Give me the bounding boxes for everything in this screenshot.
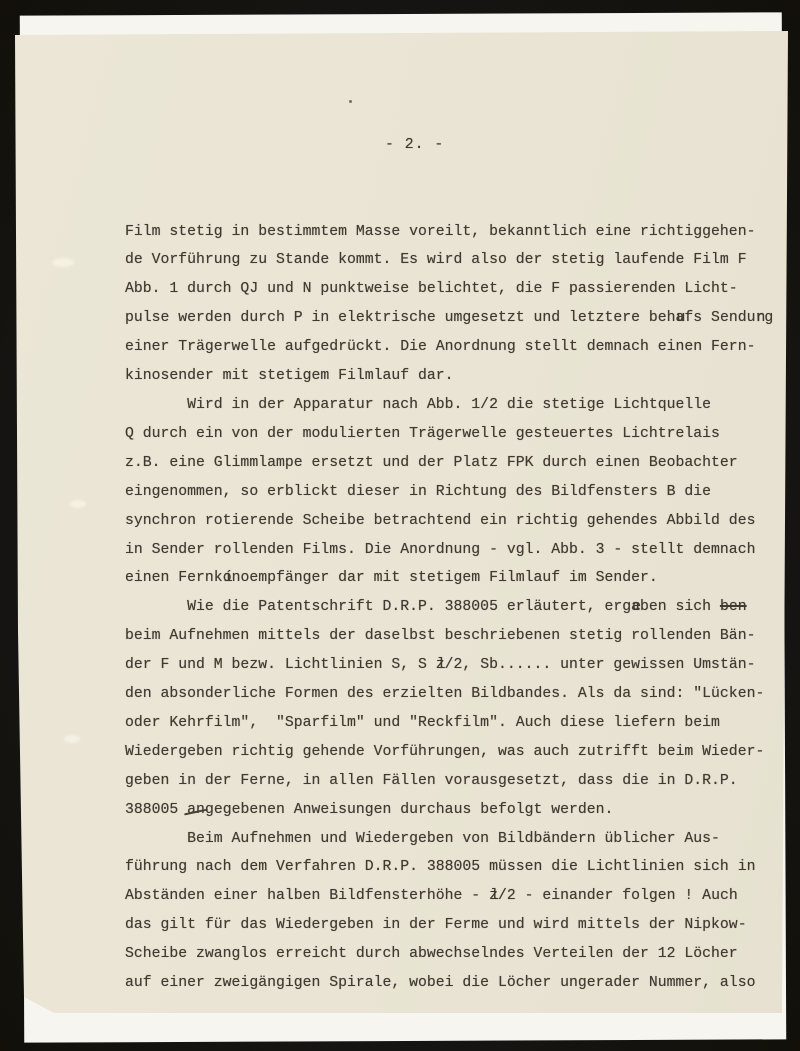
paragraph: Beim Aufnehmen und Wiedergeben von Bildb… — [125, 825, 800, 998]
paper-blemish — [52, 258, 74, 267]
document-page: - 2. - Film stetig in bestimmtem Masse v… — [12, 31, 788, 1013]
paragraph: Wird in der Apparatur nach Abb. 1/2 die … — [125, 391, 800, 593]
overtyped-character: ae — [631, 593, 640, 622]
page-number: - 2. - — [385, 131, 800, 160]
struck-out-text: ben — [720, 599, 747, 615]
pen-struck-text: an — [187, 796, 205, 825]
overtyped-character: au — [676, 304, 685, 333]
page-text: - 2. - Film stetig in bestimmtem Masse v… — [125, 73, 800, 1051]
overtyped-character: rn — [755, 304, 764, 333]
paper-blemish — [70, 500, 86, 508]
overtyped-character: zl — [489, 882, 498, 911]
paragraph: Wie die Patentschrift D.R.P. 388005 erlä… — [125, 593, 800, 824]
overtyped-character: zl — [436, 651, 445, 680]
paragraphs-container: Film stetig in bestimmtem Masse voreilt,… — [125, 218, 800, 998]
overtyped-character: oí — [223, 564, 232, 593]
paragraph: Film stetig in bestimmtem Masse voreilt,… — [125, 218, 800, 391]
scan-background: - 2. - Film stetig in bestimmtem Masse v… — [0, 0, 800, 1051]
paper-blemish — [64, 735, 80, 743]
